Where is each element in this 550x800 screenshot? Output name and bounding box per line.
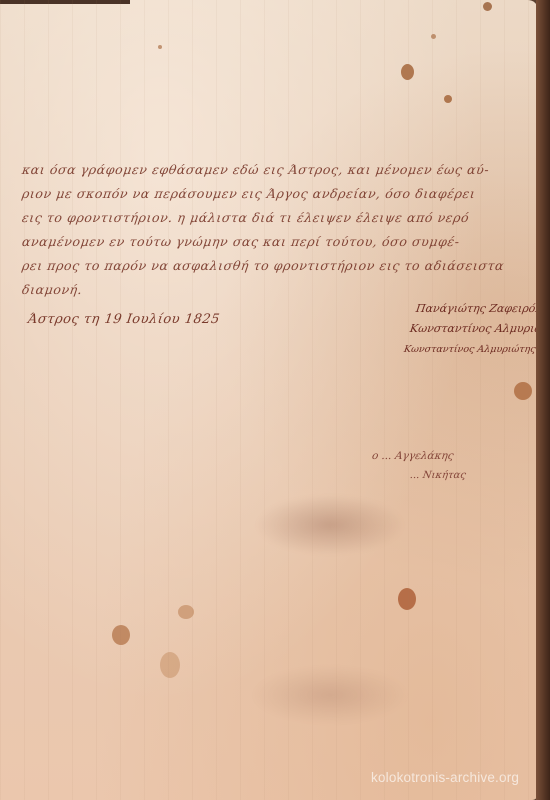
letter-line: και όσα γράφομεν εφθάσαμεν εδώ εις Άστρο…	[20, 158, 523, 182]
stain-spot	[158, 45, 162, 49]
letter-line: διαμονή.	[20, 278, 523, 302]
ink-smudge	[250, 665, 410, 725]
letter-line: εις το φροντιστήριον. η μάλιστα διά τι έ…	[20, 206, 523, 230]
signature-3: Κωνσταντίνος Αλμυριώτης	[403, 344, 536, 355]
letter-line: ρει προς το παρόν να ασφαλισθή το φροντι…	[20, 254, 523, 278]
stain-spot	[444, 95, 452, 103]
letter-body: και όσα γράφομεν εφθάσαμεν εδώ εις Άστρο…	[22, 158, 522, 302]
letter-line: ριον με σκοπόν να περάσουμεν εις Άργος α…	[20, 182, 523, 206]
stain-spot	[398, 588, 416, 610]
stain-spot	[178, 605, 194, 619]
letter-line: αναμένομεν εν τούτω γνώμην σας και περί …	[20, 230, 523, 254]
stain-spot	[401, 64, 414, 80]
lower-signature-1: ο ... Αγγελάκης	[371, 450, 454, 462]
page-edge-shadow	[536, 0, 550, 800]
stain-spot	[431, 34, 436, 39]
stain-spot	[112, 625, 130, 645]
stain-spot	[160, 652, 180, 678]
ink-smudge	[255, 495, 405, 555]
stain-spot	[514, 382, 532, 400]
stain-spot	[483, 2, 492, 11]
page-shadow-top	[0, 0, 130, 4]
signature-1: Πανάγιώτης Ζαφειρόπουλος	[415, 302, 550, 315]
archive-watermark: kolokotronis-archive.org	[371, 770, 519, 785]
signature-2: Κωνσταντίνος Αλμυριώτης	[409, 322, 550, 335]
date-line: Άστρος τη 19 Ιουλίου 1825	[27, 312, 221, 327]
manuscript-page: και όσα γράφομεν εφθάσαμεν εδώ εις Άστρο…	[0, 0, 538, 800]
lower-signature-2: ... Νικήτας	[409, 470, 466, 481]
